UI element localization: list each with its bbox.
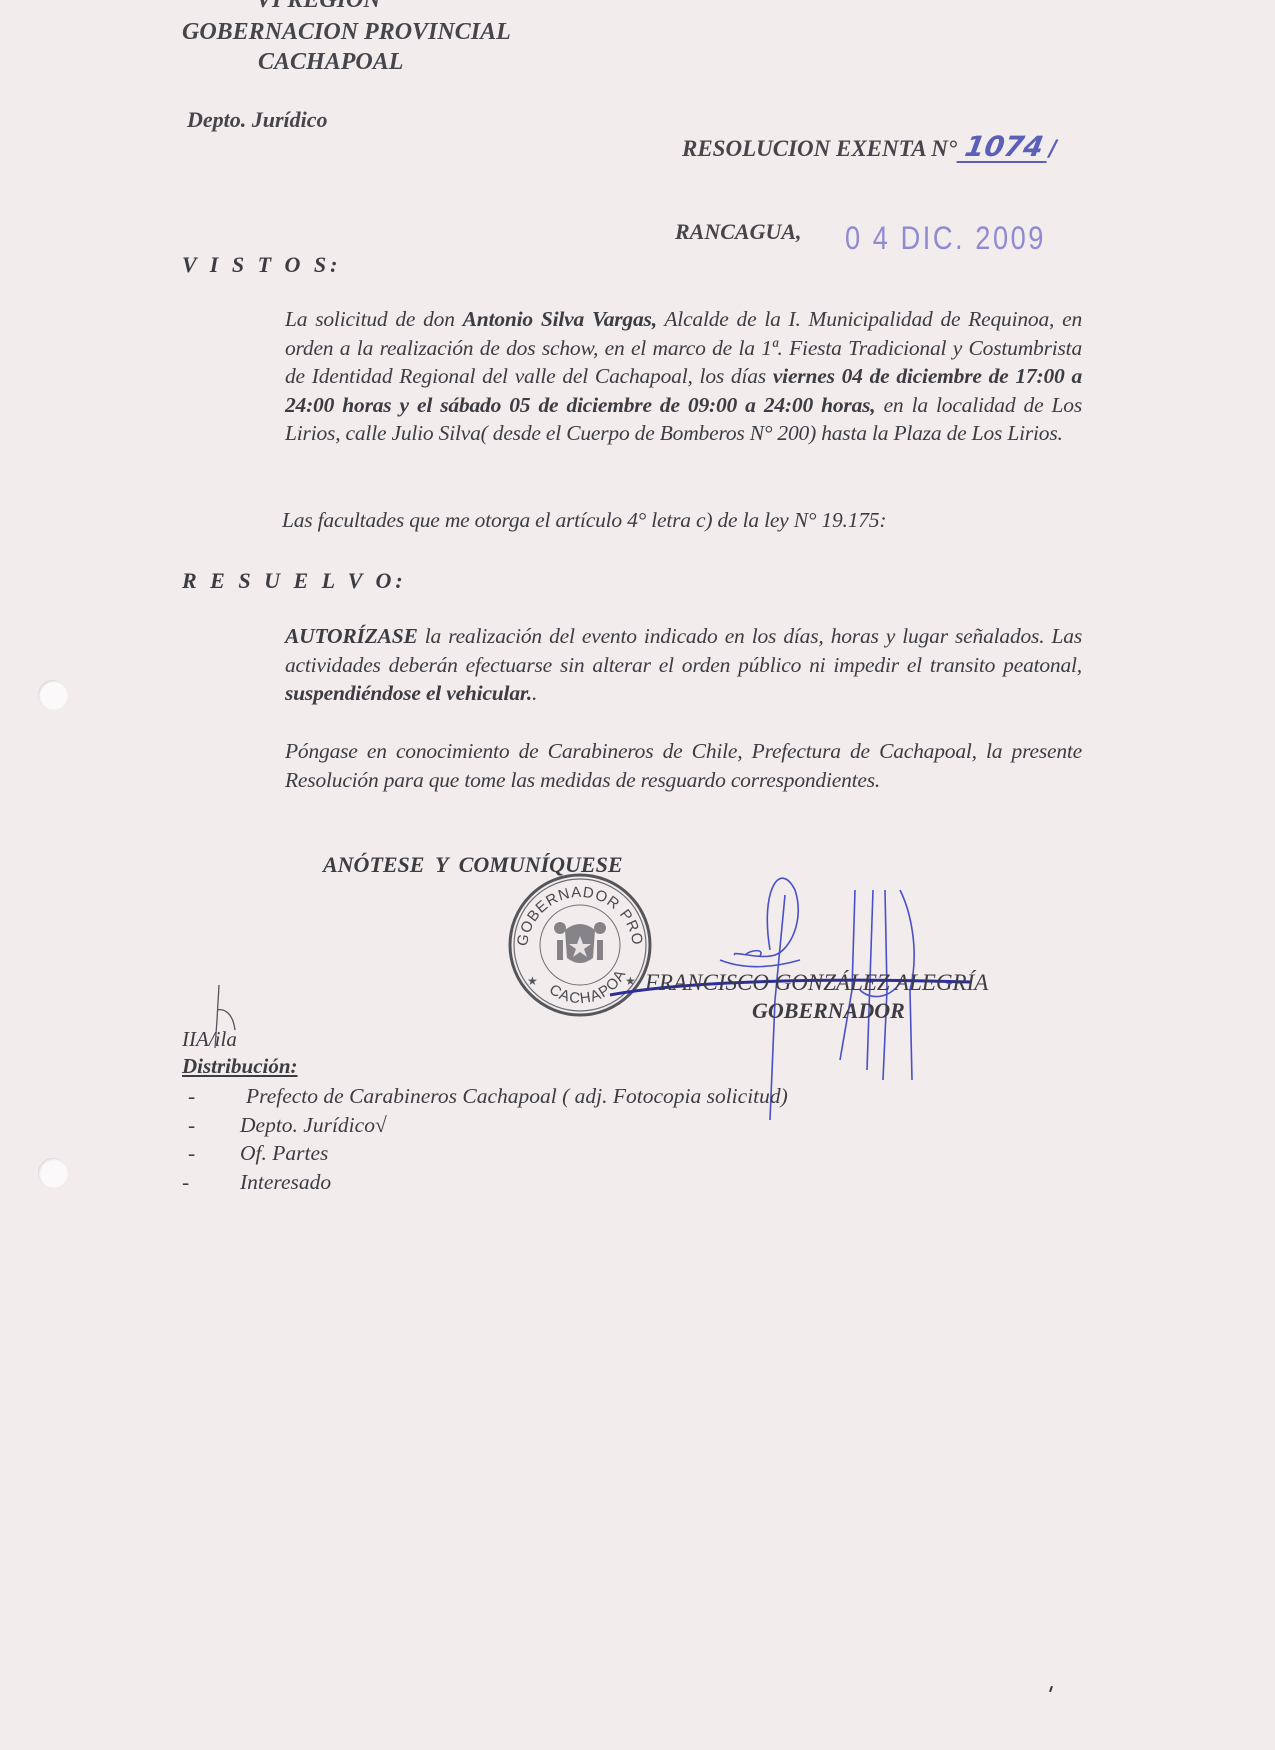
punch-hole-bottom xyxy=(38,1158,68,1188)
resuelvo-paragraph-1: AUTORÍZASE la realización del evento ind… xyxy=(285,622,1082,708)
scan-speck xyxy=(1049,1686,1053,1692)
region-header: VI REGION xyxy=(256,0,381,14)
city-label: RANCAGUA, xyxy=(675,218,802,246)
resolution-label: RESOLUCION EXENTA N° xyxy=(682,136,957,161)
date-stamp: 0 4 DIC. 2009 xyxy=(845,220,1046,257)
resolution-number: 1074 xyxy=(956,133,1051,163)
signatory-name: FRANCISCO GONZÁLEZ ALEGRÍA xyxy=(645,970,988,996)
distribution-item: -Prefecto de Carabineros Cachapoal ( adj… xyxy=(188,1082,1088,1111)
authorization-keyword: AUTORÍZASE xyxy=(285,624,418,648)
punch-hole-top xyxy=(38,680,68,710)
province-header: CACHAPOAL xyxy=(258,48,403,76)
resuelvo-heading: R E S U E L V O: xyxy=(182,568,407,594)
applicant-name: Antonio Silva Vargas, xyxy=(463,307,657,331)
distribution-item: -Depto. Jurídico√ xyxy=(188,1111,1088,1140)
distribution-item: -Interesado xyxy=(182,1168,1088,1197)
department-label: Depto. Jurídico xyxy=(187,106,328,134)
signatory-title: GOBERNADOR xyxy=(752,998,905,1024)
resuelvo-paragraph-2: Póngase en conocimiento de Carabineros d… xyxy=(285,737,1082,794)
distribution-item: -Of. Partes xyxy=(188,1139,1088,1168)
resolution-title: RESOLUCION EXENTA N°1074/ xyxy=(682,133,1057,164)
vistos-heading: V I S T O S: xyxy=(182,252,341,278)
distribution-heading: Distribución: xyxy=(182,1054,298,1079)
distribution-list: -Prefecto de Carabineros Cachapoal ( adj… xyxy=(188,1082,1088,1196)
svg-text:★: ★ xyxy=(527,974,538,988)
typist-initials: IIA/ila xyxy=(182,1027,237,1052)
vistos-paragraph-2: Las facultades que me otorga el artículo… xyxy=(282,506,1082,535)
vistos-paragraph-1: La solicitud de don Antonio Silva Vargas… xyxy=(285,305,1082,448)
office-header: GOBERNACION PROVINCIAL xyxy=(182,18,511,46)
